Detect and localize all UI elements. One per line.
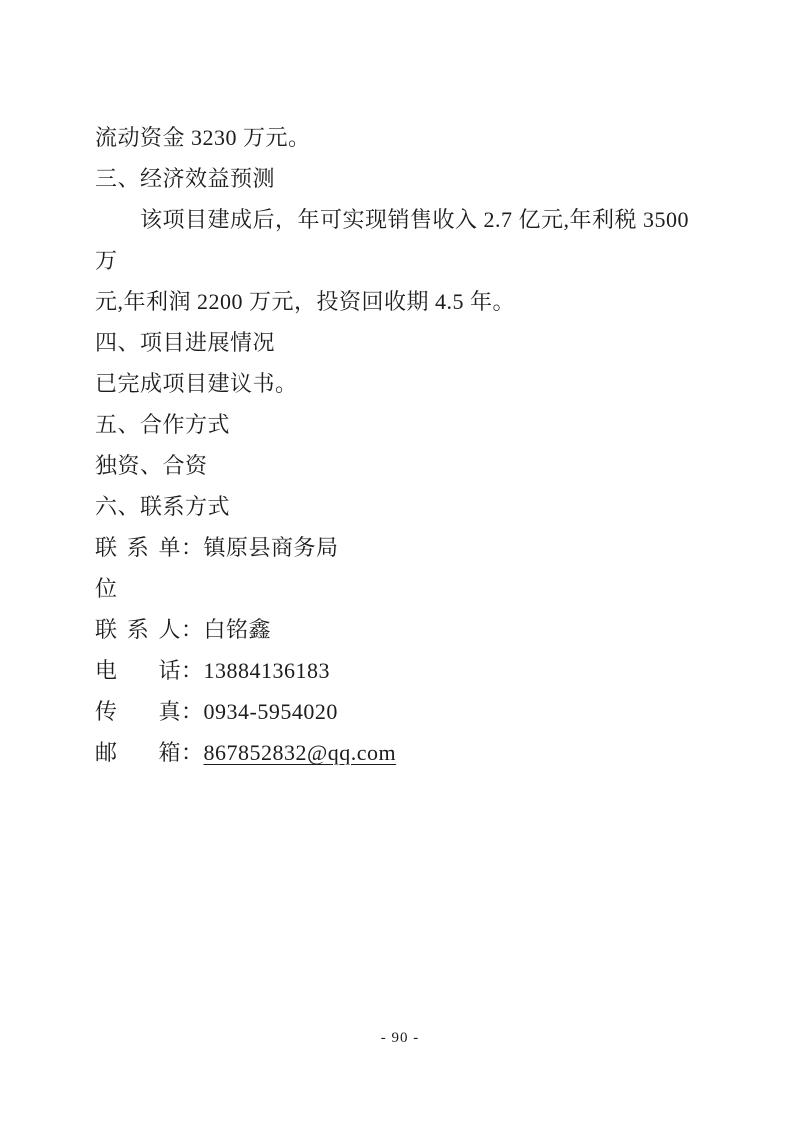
section5-heading: 五、合作方式 xyxy=(95,404,713,445)
document-content: 流动资金 3230 万元。 三、经济效益预测 该项目建成后，年可实现销售收入 2… xyxy=(95,117,713,773)
page-number: - 90 - xyxy=(0,1030,800,1047)
paragraph-continuation: 流动资金 3230 万元。 xyxy=(95,117,713,158)
contact-colon: ： xyxy=(181,617,204,642)
section3-heading: 三、经济效益预测 xyxy=(95,158,713,199)
contact-row-unit: 联系单位：镇原县商务局 xyxy=(95,527,713,609)
contact-value-unit: 镇原县商务局 xyxy=(204,535,339,560)
email-link[interactable]: 867852832@qq.com xyxy=(204,740,397,765)
contact-value-phone: 13884136183 xyxy=(204,658,331,683)
section4-heading: 四、项目进展情况 xyxy=(95,322,713,363)
contact-colon: ： xyxy=(181,658,204,683)
contact-label-person: 联系人 xyxy=(95,609,181,650)
section3-paragraph: 该项目建成后，年可实现销售收入 2.7 亿元,年利税 3500 万 元,年利润 … xyxy=(95,199,713,322)
section4-paragraph: 已完成项目建议书。 xyxy=(95,363,713,404)
contact-colon: ： xyxy=(181,740,204,765)
contact-value-person: 白铭鑫 xyxy=(204,617,272,642)
contact-value-fax: 0934-5954020 xyxy=(204,699,338,724)
contact-row-email: 邮箱：867852832@qq.com xyxy=(95,732,713,773)
section6-heading: 六、联系方式 xyxy=(95,486,713,527)
contact-label-email: 邮箱 xyxy=(95,732,181,773)
section5-paragraph: 独资、合资 xyxy=(95,445,713,486)
contact-label-fax: 传真 xyxy=(95,691,181,732)
contact-label-phone: 电话 xyxy=(95,650,181,691)
contact-row-person: 联系人：白铭鑫 xyxy=(95,609,713,650)
contact-label-unit: 联系单位 xyxy=(95,527,181,609)
document-page: 流动资金 3230 万元。 三、经济效益预测 该项目建成后，年可实现销售收入 2… xyxy=(0,0,800,1131)
contact-row-phone: 电话：13884136183 xyxy=(95,650,713,691)
contact-row-fax: 传真：0934-5954020 xyxy=(95,691,713,732)
contact-colon: ： xyxy=(181,699,204,724)
contact-colon: ： xyxy=(181,535,204,560)
